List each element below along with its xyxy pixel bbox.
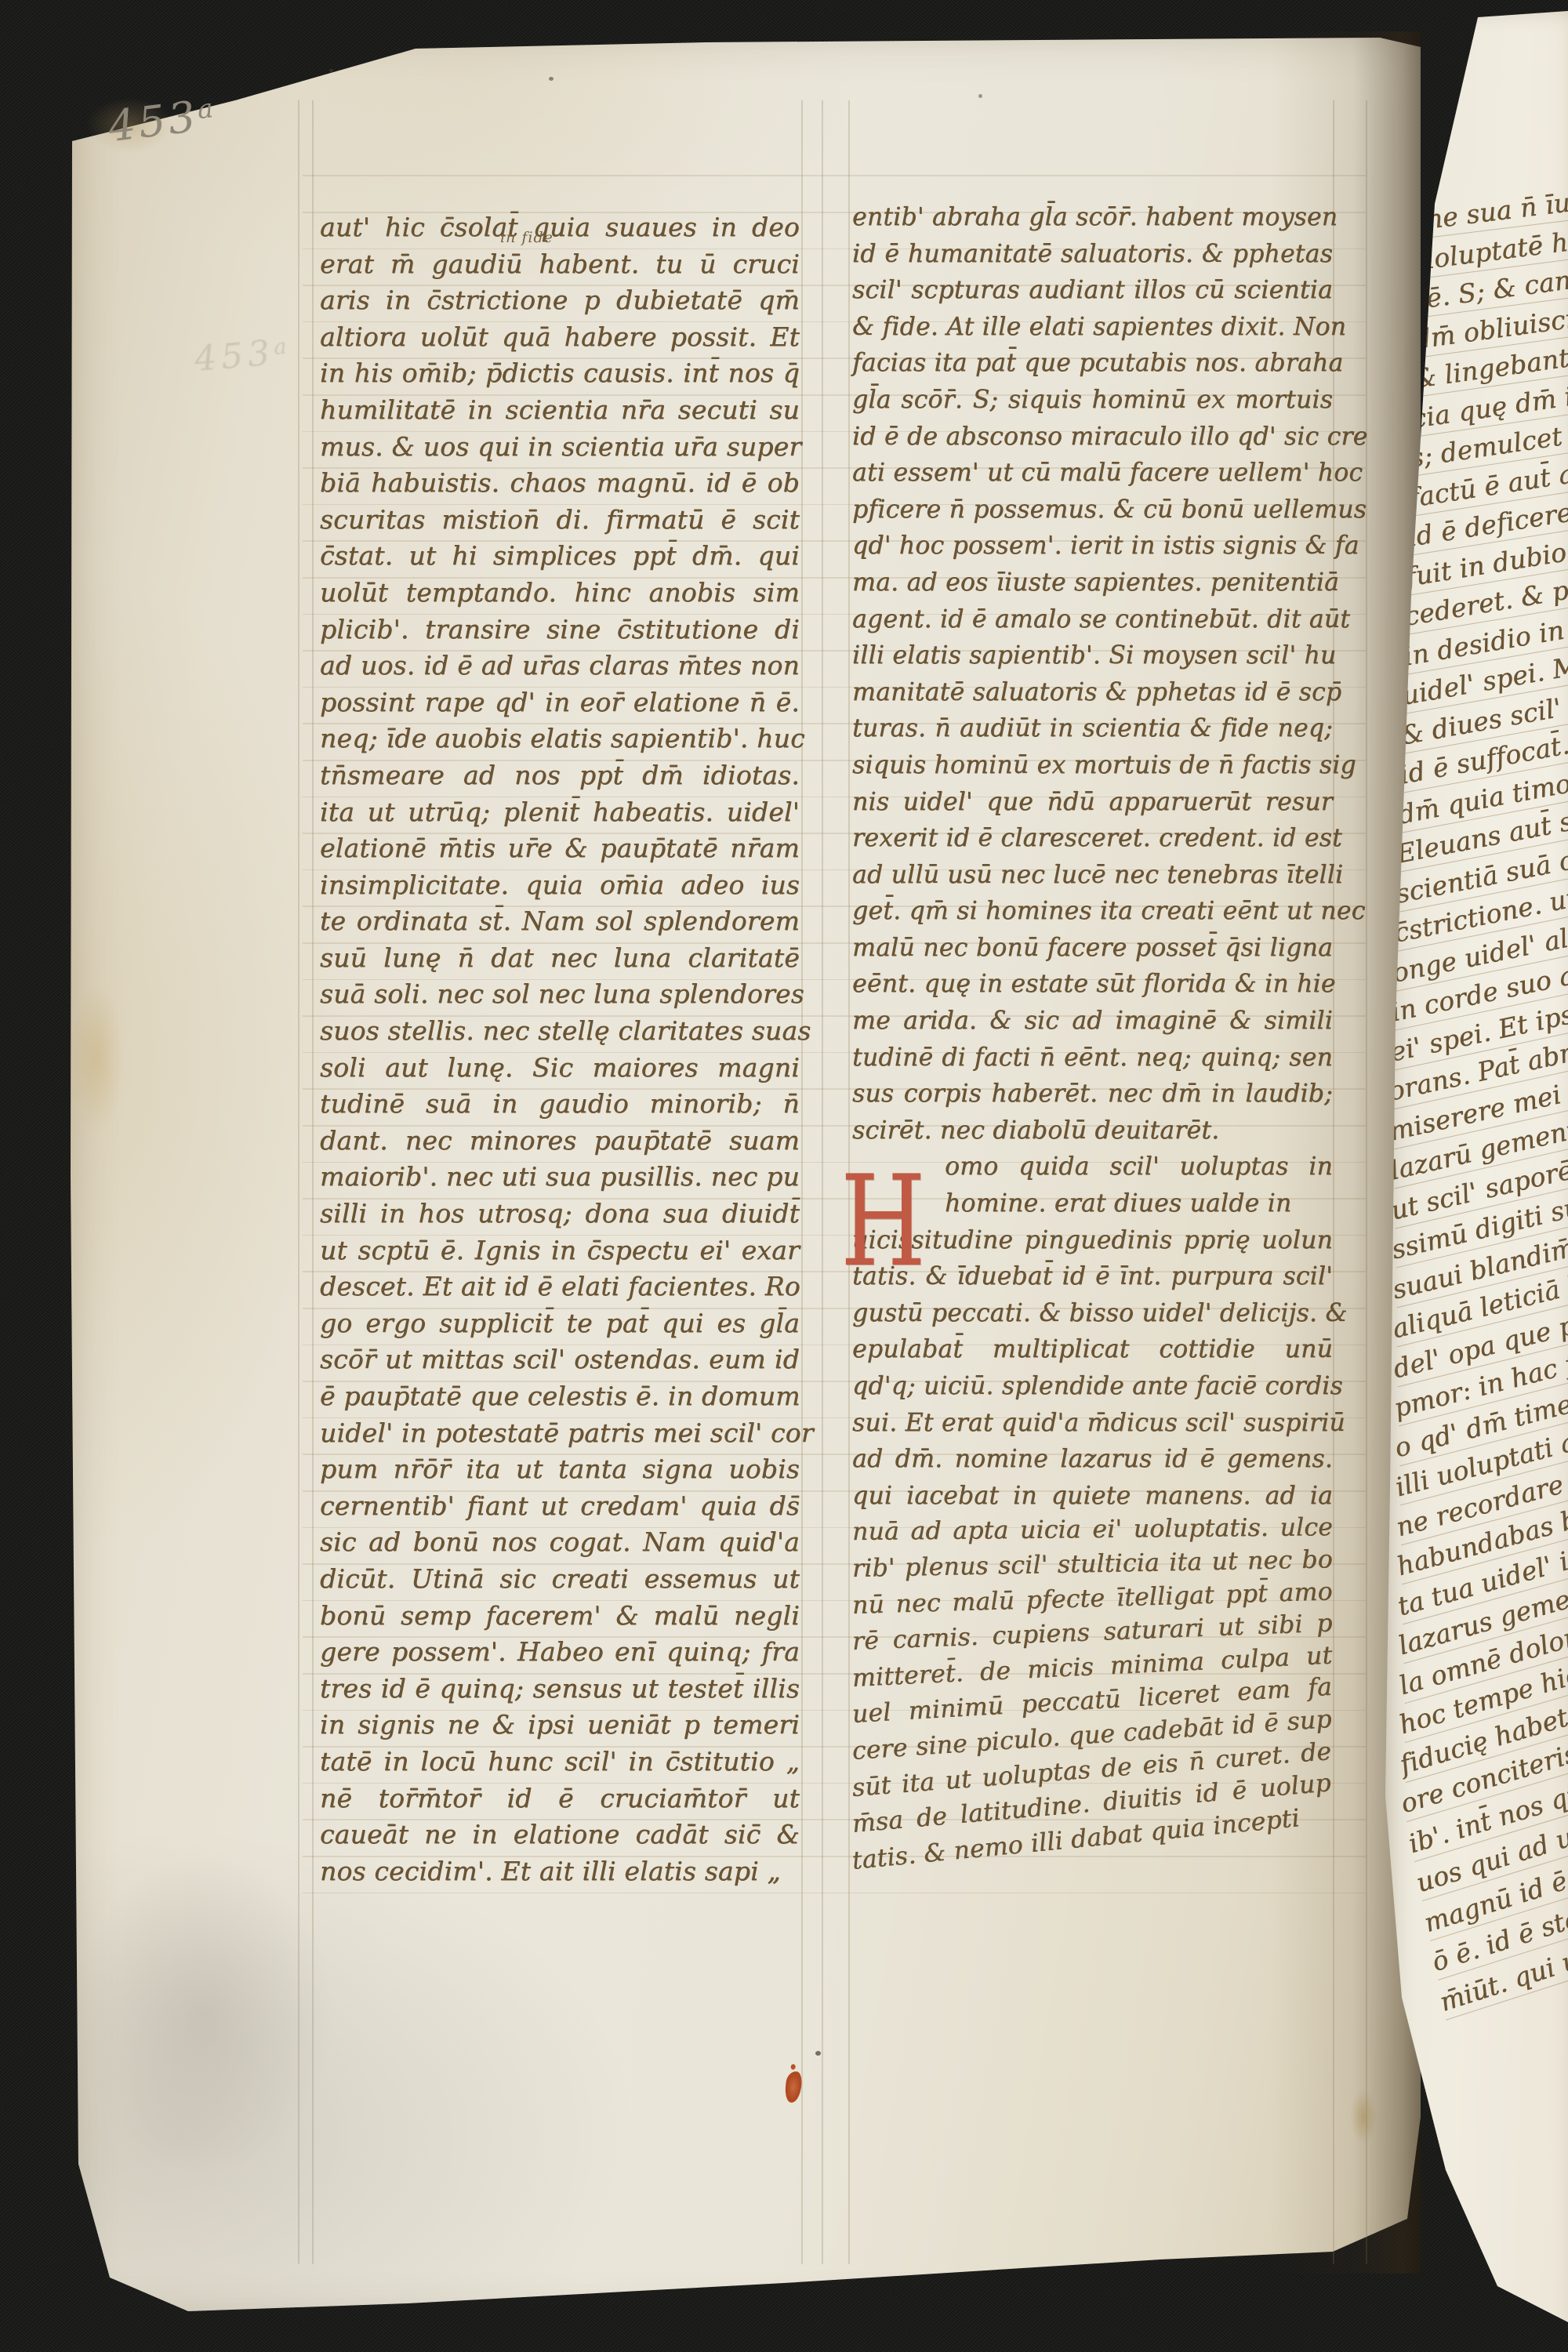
text-line: ē paup̄tatē que celestis ē. in domum xyxy=(320,1379,800,1416)
text-line: sui. Et erat quid'a m̄dicus scil' suspir… xyxy=(852,1406,1333,1443)
text-line: suā soli. nec sol nec luna splendores xyxy=(320,977,800,1014)
text-line: possint rape qd' in eor̄ elatione n̄ ē. xyxy=(320,685,800,722)
text-line: descet. Et ait id ē elati facientes. Ro xyxy=(320,1269,800,1306)
text-column-2: entib' abraha gl̄a scōr̄. habent moyseni… xyxy=(852,200,1333,1880)
text-line: ita ut utrūq; plenit̄ habeatis. uidel' xyxy=(320,795,800,832)
text-line: me arida. & sic ad imaginē & simili xyxy=(852,1004,1333,1040)
text-line: caueāt ne in elatione cadāt sic̄ & xyxy=(320,1817,800,1854)
text-line: silli in hos utrosq; dona sua diuidt̄ xyxy=(320,1196,800,1233)
vertical-rule xyxy=(822,100,823,2264)
text-line: sus corpis haberēt. nec dm̄ in laudib; xyxy=(852,1076,1333,1113)
text-line: uidel' in potestatē patris mei scil' cor xyxy=(320,1416,800,1453)
text-line: mus. & uos qui in scientia ur̄a super xyxy=(320,430,800,466)
text-line: humilitatē in scientia nr̄a secuti su xyxy=(320,393,800,430)
text-line: suos stellis. nec stellę claritates suas xyxy=(320,1014,800,1051)
text-line: plicib'. transire sine c̄stitutione di xyxy=(320,612,800,649)
text-line: biā habuistis. chaos magnū. id ē ob xyxy=(320,466,800,503)
text-line: dicūt. Utinā sic creati essemus ut xyxy=(320,1562,800,1599)
vertical-rule xyxy=(801,100,803,2264)
folio-suffix: a xyxy=(195,93,218,125)
text-line: c̄stat. ut hi simplices ppt̄ dm̄. qui xyxy=(320,539,800,575)
text-line: nos cecidim'. Et ait illi elatis sapi „ xyxy=(320,1854,800,1891)
vertical-rule xyxy=(312,100,314,2264)
text-line: aut' hic c̄solat̄ quia suaues in deo xyxy=(320,210,800,247)
text-line: qui iacebat in quiete manens. ad ia xyxy=(852,1479,1333,1515)
text-line: eēnt. quę in estate sūt florida & in hie xyxy=(852,967,1333,1004)
text-line: soli aut lunę. Sic maiores magni xyxy=(320,1051,800,1087)
text-line: tudinē di facti n̄ eēnt. neq; quinq; sen xyxy=(852,1040,1333,1077)
text-line: gere possem'. Habeo enī quinq; fra xyxy=(320,1635,800,1671)
text-line: neq; īde auobis elatis sapientib'. huc xyxy=(320,721,800,758)
text-line: scuritas mistion̄ di. firmatū ē scit xyxy=(320,503,800,539)
text-line: qd'q; uiciū. splendide ante faciē cordis xyxy=(852,1369,1333,1406)
text-line: tudinē suā in gaudio minorib; n̄ xyxy=(320,1087,800,1123)
text-line: pum nr̄ōr̄ ita ut tanta signa uobis xyxy=(320,1452,800,1489)
text-line: suū lunę n̄ dat nec luna claritatē xyxy=(320,941,800,978)
photograph-backdrop: { "folio": { "number": "453", "suffix": … xyxy=(0,0,1568,2352)
text-line: gustū peccati. & bisso uidel' delicijs. … xyxy=(852,1296,1333,1333)
text-line: ma. ad eos īiuste sapientes. penitentiā xyxy=(852,565,1333,602)
text-line: scil' scpturas audiant illos cū scientia xyxy=(852,273,1333,310)
text-line: malū nec bonū facere posset̄ q̄si ligna xyxy=(852,931,1333,967)
text-line: tn̄smeare ad nos ppt̄ dm̄ idiotas. xyxy=(320,758,800,795)
drop-initial-h: H xyxy=(840,1159,926,1284)
text-line: altiora uolūt quā habere possit. Et xyxy=(320,320,800,357)
text-line: ad uos. id ē ad ur̄as claras m̄tes non xyxy=(320,648,800,685)
folio-ghost-suffix: a xyxy=(273,334,292,360)
text-line: manitatē saluatoris & pphetas id ē scp̄ xyxy=(852,675,1333,712)
text-line: cernentib' fiant ut credam' quia ds̄ xyxy=(320,1489,800,1526)
text-line: pficere n̄ possemus. & cū bonū uellemus xyxy=(852,492,1333,529)
text-line: qd' hoc possem'. ierit in istis signis &… xyxy=(852,528,1333,565)
text-line: & fide. At ille elati sapientes dixit. N… xyxy=(852,310,1333,347)
text-line: tatē in locū hunc scil' in c̄stitutio „ xyxy=(320,1744,800,1781)
text-line: go ergo supplicit̄ te pat̄ qui es gl̄a xyxy=(320,1306,800,1343)
text-line: bonū semp facerem' & malū negli xyxy=(320,1599,800,1635)
text-line: ati essem' ut cū malū facere uellem' hoc xyxy=(852,456,1333,492)
speck xyxy=(815,2051,821,2056)
text-line: ad ullū usū nec lucē nec tenebras ītelli xyxy=(852,858,1333,895)
text-line: sic ad bonū nos cogat. Nam quid'a xyxy=(320,1525,800,1562)
text-line: te ordinata st̄. Nam sol splendorem xyxy=(320,904,800,941)
text-line: scirēt. nec diabolū deuitarēt. xyxy=(852,1113,1333,1150)
text-line: in his om̄ib; p̄dictis causis. int̄ nos … xyxy=(320,356,800,393)
text-line: get̄. qm̄ si homines ita creati eēnt ut … xyxy=(852,894,1333,931)
text-line: nē tor̄m̄tor̄ id ē cruciam̄tor̄ ut xyxy=(320,1781,800,1818)
text-line: ut scptū ē. Ignis in c̄spectu ei' exar xyxy=(320,1233,800,1270)
text-line: tres id ē quinq; sensus ut testet̄ illis xyxy=(320,1671,800,1708)
text-line: gl̄a scōr̄. S; siquis hominū ex mortuis xyxy=(852,383,1333,419)
text-line: nis uidel' que n̄dū apparuerūt resur xyxy=(852,785,1333,822)
text-line: siquis hominū ex mortuis de n̄ factis si… xyxy=(852,748,1333,785)
text-line: id ē humanitatē saluatoris. & pphetas xyxy=(852,237,1333,274)
speck xyxy=(329,69,333,72)
text-line: insimplicitate. quia om̄ia adeo ius xyxy=(320,868,800,905)
text-line: aris in c̄strictione p dubietatē qm̄ xyxy=(320,283,800,320)
text-line: id ē de absconso miraculo illo qd' sic c… xyxy=(852,419,1333,456)
speck xyxy=(549,77,554,81)
vertical-rule xyxy=(298,100,299,2264)
horizontal-rule xyxy=(303,1893,1366,1894)
text-line: dant. nec minores paup̄tatē suam xyxy=(320,1123,800,1160)
horizontal-rule xyxy=(303,175,1366,176)
text-line: uolūt temptando. hinc anobis sim xyxy=(320,575,800,612)
text-line: ad dm̄. nomine lazarus id ē gemens. xyxy=(852,1442,1333,1479)
text-line: in signis ne & ipsi ueniāt p temeri xyxy=(320,1708,800,1744)
text-line: turas. n̄ audiūt in scientia & fide neq; xyxy=(852,711,1333,748)
text-line: facias ita pat̄ que pcutabis nos. abraha xyxy=(852,346,1333,383)
text-line: maiorib'. nec uti sua pusillis. nec pu xyxy=(320,1160,800,1196)
text-line: agent. id ē amalo se continebūt. dit aūt xyxy=(852,602,1333,639)
text-line: rexerit id ē claresceret. credent. id es… xyxy=(852,821,1333,858)
text-line: scōr̄ ut mittas scil' ostendas. eum id xyxy=(320,1342,800,1379)
text-line: entib' abraha gl̄a scōr̄. habent moysen xyxy=(852,200,1333,237)
text-line: elationē m̄tis ur̄e & paup̄tatē nr̄am xyxy=(320,831,800,868)
text-line: illi elatis sapientib'. Si moysen scil' … xyxy=(852,638,1333,675)
text-column-1: aut' hic c̄solat̄ quia suaues in deoerat… xyxy=(320,210,800,1890)
interlinear-gloss: in fide xyxy=(500,229,554,246)
folio-number-ghost: 453a xyxy=(193,332,293,380)
speck xyxy=(978,94,982,98)
text-line: epulabat̄ multiplicat cottidie unū xyxy=(852,1332,1333,1369)
text-line: erat m̄ gaudiū habent. tu ū cruci xyxy=(320,247,800,284)
